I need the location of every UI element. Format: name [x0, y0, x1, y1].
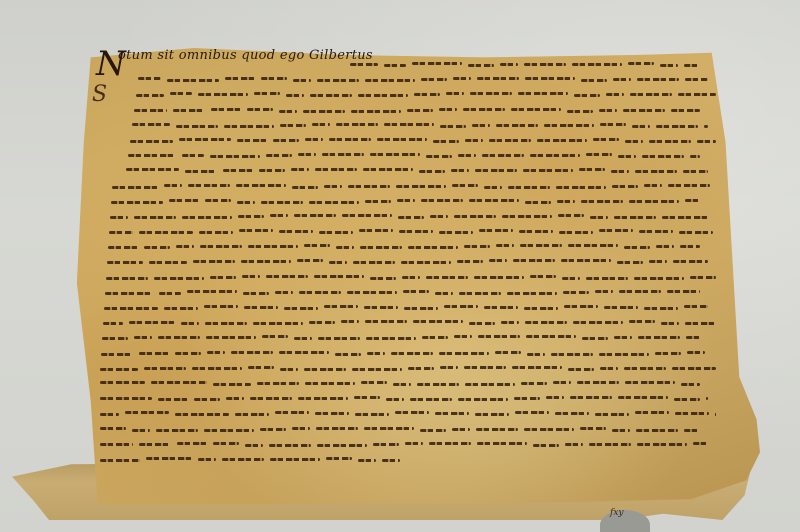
handwritten-text-block	[100, 58, 720, 468]
script-line	[100, 240, 720, 255]
script-line	[100, 58, 720, 73]
script-line	[100, 134, 720, 149]
script-line	[100, 104, 720, 119]
script-line	[100, 88, 720, 103]
script-line	[100, 164, 720, 179]
script-line	[100, 347, 720, 362]
script-line	[100, 438, 720, 453]
script-line	[100, 271, 720, 286]
script-line	[100, 392, 720, 407]
script-line	[100, 225, 720, 240]
fold-tear	[600, 510, 650, 532]
script-line	[100, 331, 720, 346]
script-line	[100, 301, 720, 316]
script-line	[100, 453, 720, 468]
script-line	[100, 377, 720, 392]
script-line	[100, 362, 720, 377]
fold-inscription: fxy	[610, 508, 624, 518]
script-line	[100, 316, 720, 331]
script-line	[100, 149, 720, 164]
script-line	[100, 423, 720, 438]
script-line	[100, 195, 720, 210]
script-line	[100, 255, 720, 270]
script-line	[100, 210, 720, 225]
script-line	[100, 119, 720, 134]
script-line	[100, 180, 720, 195]
script-line	[100, 73, 720, 88]
script-line	[100, 286, 720, 301]
script-line	[100, 407, 720, 422]
